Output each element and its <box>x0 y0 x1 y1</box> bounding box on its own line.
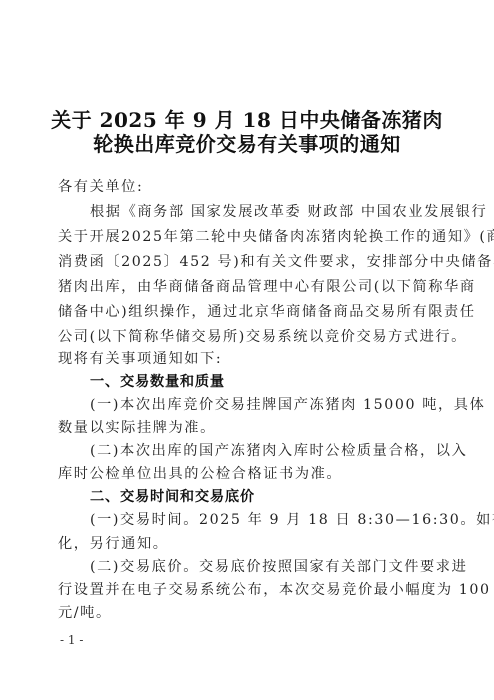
section-2-line: (二)交易底价。交易底价按照国家有关部门文件要求进 <box>90 557 438 577</box>
salutation: 各有关单位: <box>58 177 438 197</box>
document-title-line-2: 轮换出库竞价交易有关事项的通知 <box>0 132 494 156</box>
section-1-line: 数量以实际挂牌为准。 <box>58 418 438 438</box>
section-1-line: (二)本次出库的国产冻猪肉入库时公检质量合格，以入 <box>90 441 438 461</box>
body-paragraph-line: 猪肉出库，由华商储备商品管理中心有限公司(以下简称华商 <box>58 277 438 297</box>
section-1-line: (一)本次出库竞价交易挂牌国产冻猪肉 15000 吨，具体 <box>90 395 438 415</box>
page-number: - 1 - <box>60 632 83 648</box>
body-paragraph-line: 公司(以下简称华储交易所)交易系统以竞价交易方式进行。 <box>58 327 438 347</box>
document-title-line-1: 关于 2025 年 9 月 18 日中央储备冻猪肉 <box>0 108 494 132</box>
section-2-line: 元/吨。 <box>58 603 438 623</box>
section-2-line: 行设置并在电子交易系统公布，本次交易竞价最小幅度为 100 <box>58 580 438 600</box>
body-paragraph-line: 储备中心)组织操作，通过北京华商储备商品交易所有限责任 <box>58 302 438 322</box>
section-1-line: 库时公检单位出具的公检合格证书为准。 <box>58 464 438 484</box>
body-paragraph-line: 消费函〔2025〕452 号)和有关文件要求，安排部分中央储备冻 <box>58 252 438 272</box>
body-paragraph-line: 关于开展2025年第二轮中央储备肉冻猪肉轮换工作的通知》(商 <box>58 227 438 247</box>
body-paragraph-line: 根据《商务部 国家发展改革委 财政部 中国农业发展银行 <box>90 202 438 222</box>
section-2-line: (一)交易时间。2025 年 9 月 18 日 8:30—16:30。如有变 <box>90 510 438 530</box>
section-heading-2: 二、交易时间和交易底价 <box>90 487 438 507</box>
body-paragraph-line: 现将有关事项通知如下: <box>58 349 438 369</box>
section-heading-1: 一、交易数量和质量 <box>90 372 438 392</box>
document-page: 关于 2025 年 9 月 18 日中央储备冻猪肉 轮换出库竞价交易有关事项的通… <box>0 0 494 700</box>
section-2-line: 化，另行通知。 <box>58 534 438 554</box>
